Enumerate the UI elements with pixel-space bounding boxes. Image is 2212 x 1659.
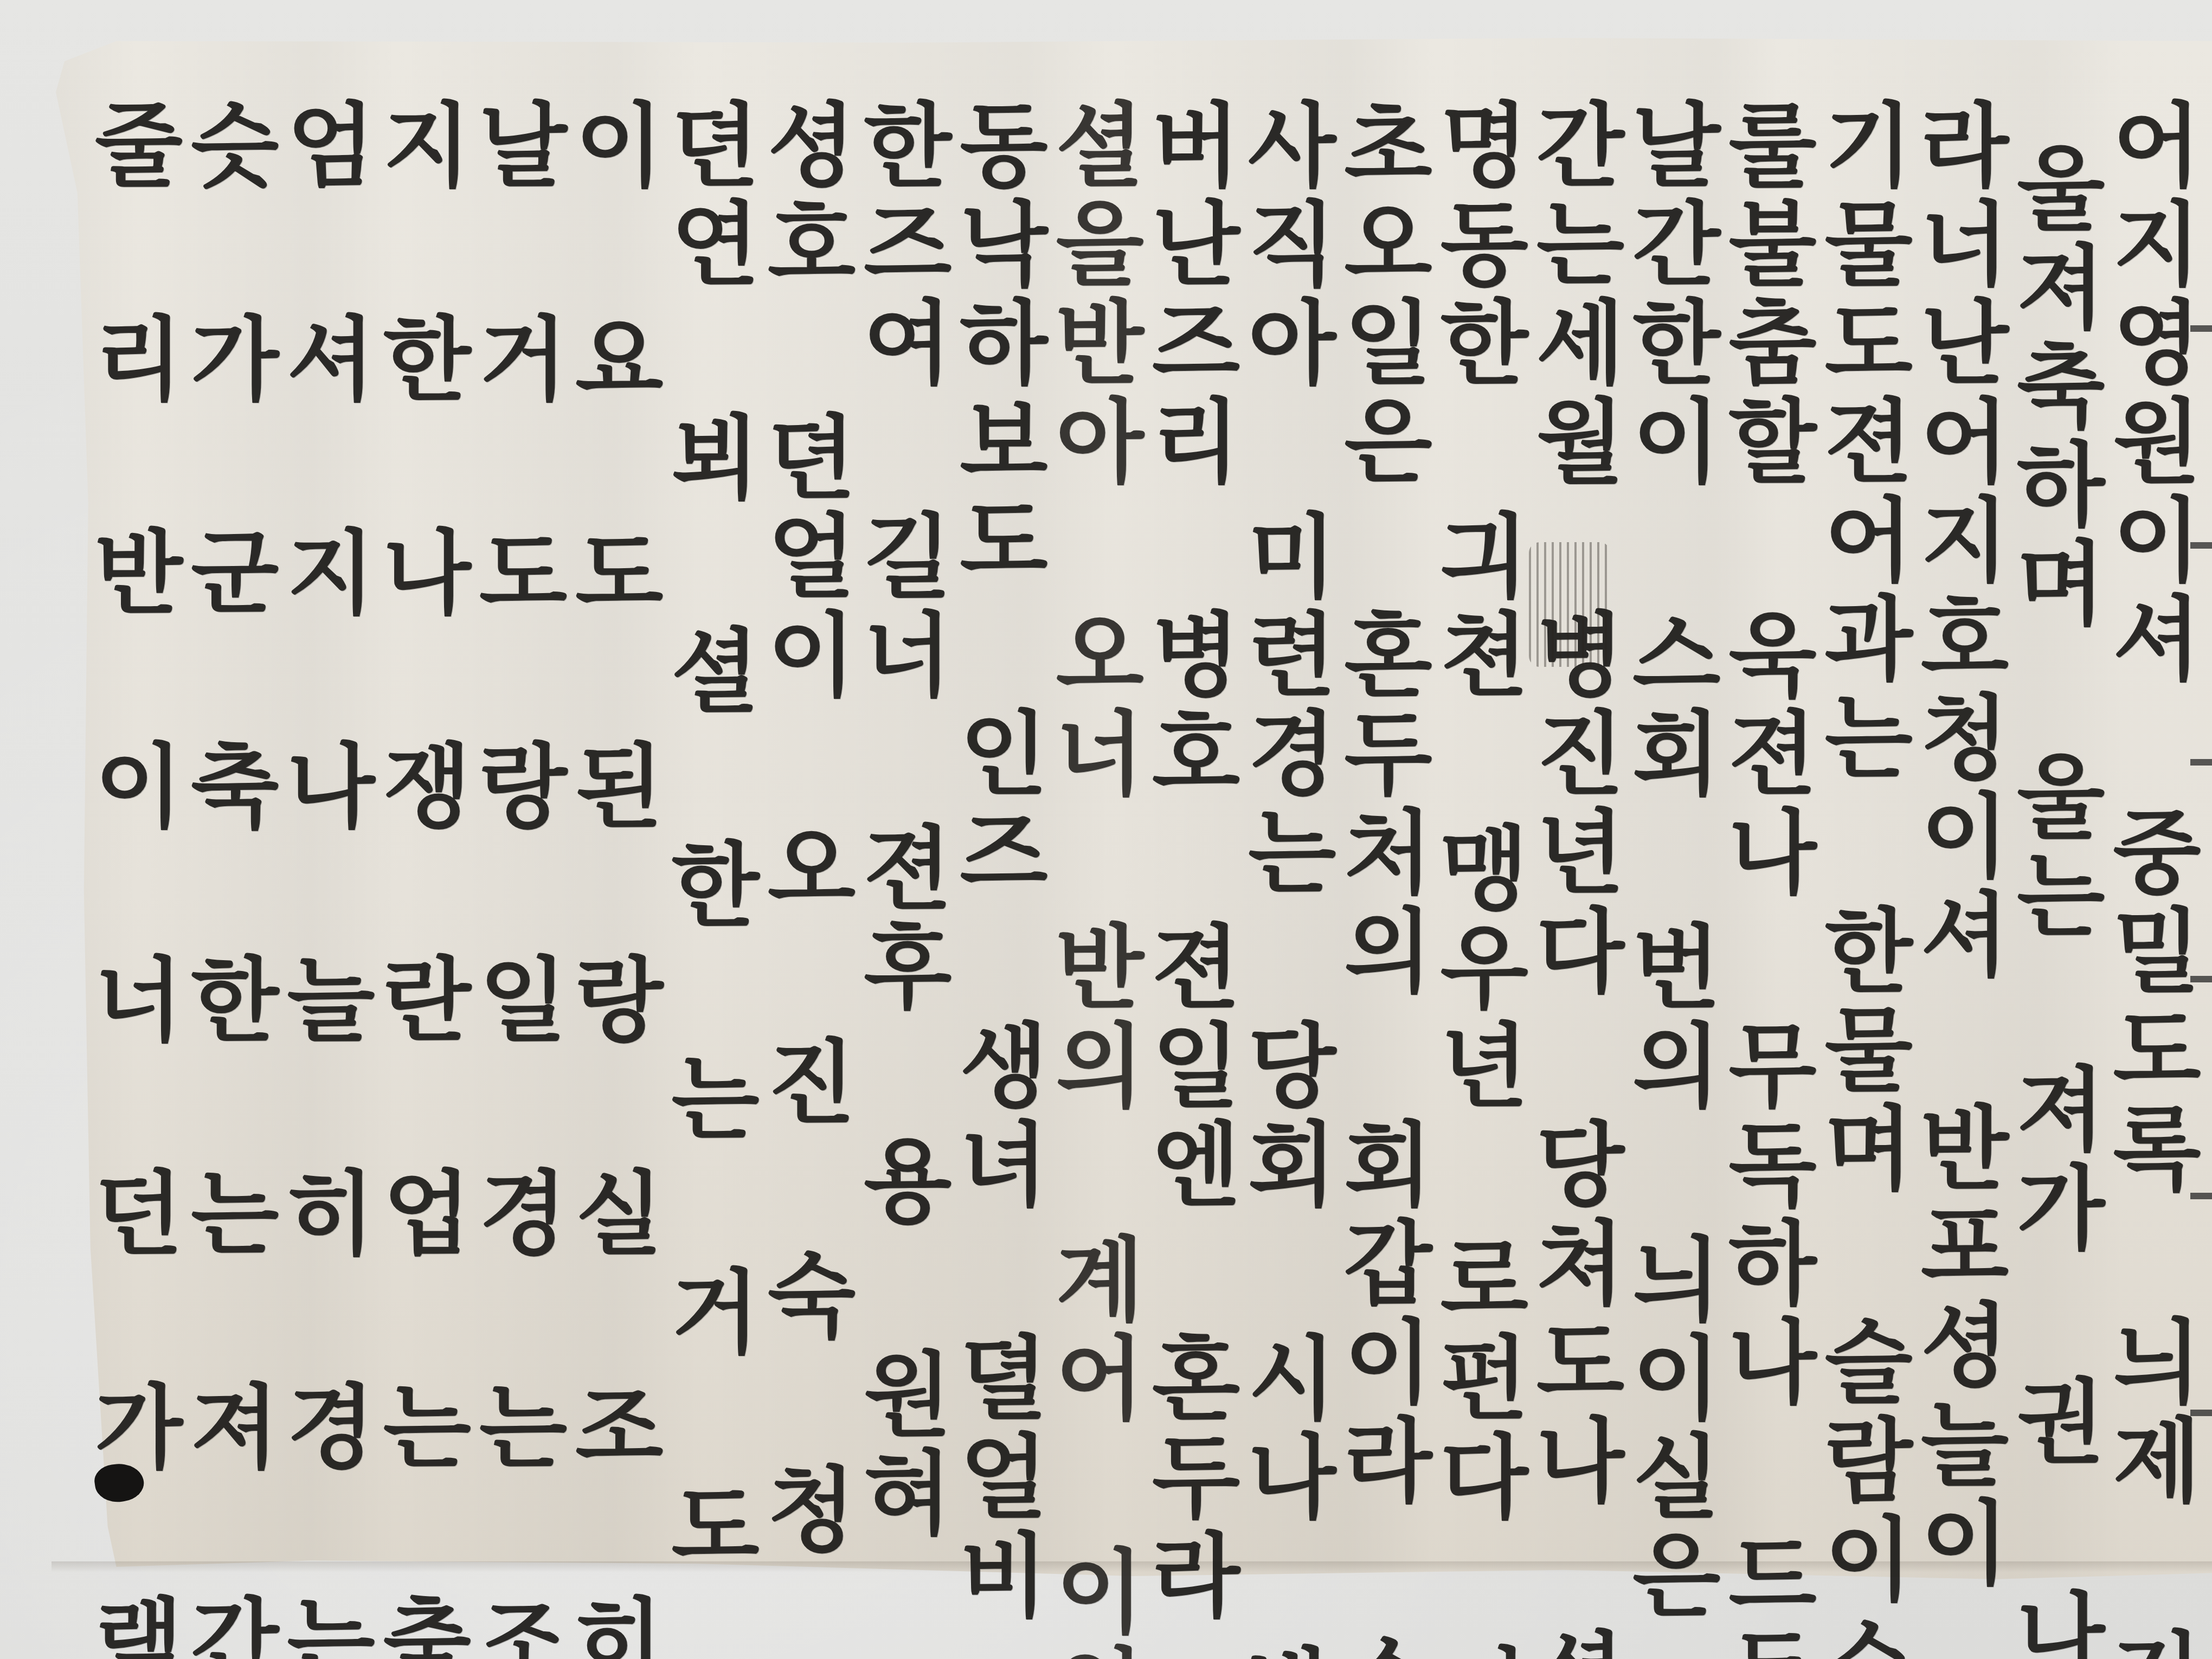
text-column-12: 셜을반아 오너 반의 계어 이언 형제 부스 — [1043, 81, 1139, 1572]
text-column-16: 뎐연 뵈 셜 한 는 거 도 번 즈 회 심 뎐 얼 — [658, 81, 754, 1572]
text-column-21: 슷 가 군 축 한 는 져 간 에 부 축 하 나 즈 젼 — [177, 81, 273, 1572]
text-column-7: 간는세월 병진년다 당쳐도나 셜즘 — [1523, 81, 1619, 1572]
text-column-22: 줄 리 반 이 너 던 가 랙 에 혀 졔 한 이 — [81, 81, 177, 1572]
text-column-8: 명동한 긔쳔 맹우년 로펀다 이월이라 — [1427, 81, 1523, 1572]
text-column-18: 날 거 도 랑 일 경 는 조 컨 반 의 국 버 스 부 — [466, 81, 562, 1572]
text-column-17: 이 요 도 된 랑 실 조 히 진 너 승 향 청 번 하 — [562, 81, 658, 1572]
text-column-14: 한즈여 길너 젼후 용 원혀 반과도 인즈 — [850, 81, 946, 1572]
text-column-1: 어지영원이셔 중밀도록 늬제 저랭 — [2100, 81, 2196, 1572]
text-column-10: 사직아 미련경는 당회 시나 반늑무강 — [1234, 81, 1330, 1572]
seal-smudge-mark — [1529, 542, 1610, 667]
text-column-5: 룰불춤할 욱젼나 무독하나 드득 무의 — [1715, 81, 1811, 1572]
text-column-13: 동낙하보도 인즈 생녀 뎔얼비 용웅가 — [947, 81, 1043, 1572]
text-column-20: 엄 셔 지 나 늘 히 경 는 한 심 한 라 범 빅 — [274, 81, 370, 1572]
text-column-11: 버난즈리 병호 젼일엔 혼두라 노리즈의 — [1139, 81, 1234, 1572]
text-column-19: 지 한 나 쟁 란 업 는 춤 이 된 일 젼 혈 욱 — [370, 81, 466, 1572]
text-column-15: 셩호 뎐얼이 오 진 숙 청 찬 반에 하야 — [754, 81, 850, 1572]
text-column-9: 초오일은 혼두처의 회갑이라 스람에는 — [1331, 81, 1427, 1572]
text-column-2: 울져축하며 울는 져가 권 나의 회포셔로와 — [2003, 81, 2099, 1616]
text-column-3: 라너난어지호청이셔 반포셩늘이 구는 — [1907, 81, 2003, 1572]
text-column-6: 날간한이 스회 번의 늬이실은 무회오는 — [1619, 81, 1715, 1572]
text-column-4: 기물도젼어과는 한물며 슬람이스 삭강으 — [1811, 81, 1907, 1572]
manuscript-text-columns: 어지영원이셔 중밀도록 늬제 저랭 울져축하며 울는 져가 권 나의 회포셔로와… — [81, 81, 2196, 1589]
adjacent-page-edge-strokes — [2190, 163, 2212, 1464]
